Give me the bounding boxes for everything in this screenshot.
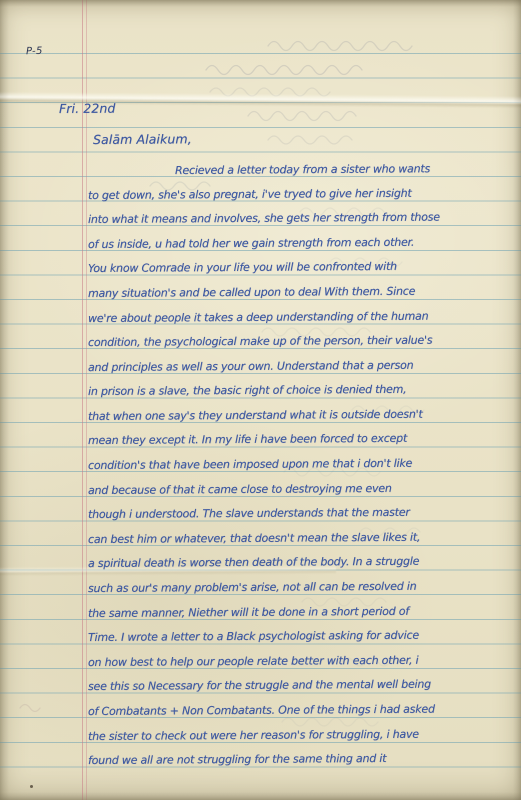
handwriting-line: can best him or whatever, that doesn't m… <box>88 529 420 548</box>
handwriting-line: condition's that have been imposed upon … <box>88 455 412 474</box>
page-number-marker: P-5 <box>26 46 43 58</box>
paper-edge-shadow <box>0 0 521 7</box>
handwriting-line: such as our's many problem's arise, not … <box>88 578 417 597</box>
handwriting-line: into what it means and involves, she get… <box>88 209 440 228</box>
paper-edge-shadow <box>0 792 521 800</box>
letter-page: P-5 Fri. 22nd Salām Alaikum, Recieved a … <box>0 0 521 800</box>
handwriting-line: to get down, she's also pregnat, i've tr… <box>88 185 412 204</box>
handwriting-line: of Combatants + Non Combatants. One of t… <box>88 701 435 720</box>
handwriting-line: though i understood. The slave understan… <box>88 504 410 523</box>
handwriting-line: found we all are not struggling for the … <box>88 750 386 769</box>
handwriting-line: and principles as well as your own. Unde… <box>88 357 414 376</box>
letter-date: Fri. 22nd <box>59 100 116 117</box>
handwriting-line: the sister to check out were her reason'… <box>88 726 419 745</box>
handwriting-line: Recieved a letter today from a sister wh… <box>175 160 430 179</box>
handwriting-line: in prison is a slave, the basic right of… <box>88 381 407 400</box>
handwriting-line: the same manner, Niether will it be done… <box>88 603 409 622</box>
margin-line <box>82 0 83 800</box>
handwriting-line: many situation's and be called upon to d… <box>88 283 415 302</box>
ink-speck <box>30 785 33 788</box>
handwriting-line: mean they except it. In my life i have b… <box>88 430 407 449</box>
handwriting-line: Time. I wrote a letter to a Black psycho… <box>88 627 419 646</box>
handwriting-line: and because of that it came close to des… <box>88 480 392 499</box>
handwriting-line: on how best to help our people relate be… <box>88 652 419 671</box>
letter-salutation: Salām Alaikum, <box>93 130 192 148</box>
handwriting-line: of us inside, u had told her we gain str… <box>88 234 414 253</box>
handwriting-line: condition, the psychological make up of … <box>88 332 432 351</box>
handwriting-line: see this so Necessary for the struggle a… <box>88 676 431 695</box>
handwriting-line: we're about people it takes a deep under… <box>88 308 429 327</box>
margin-line-inner <box>86 0 87 800</box>
handwriting-line: a spiritual death is worse then death of… <box>88 553 419 572</box>
handwriting-line: You know Comrade in your life you will b… <box>88 258 397 277</box>
handwriting-line: that when one say's they understand what… <box>88 406 423 425</box>
